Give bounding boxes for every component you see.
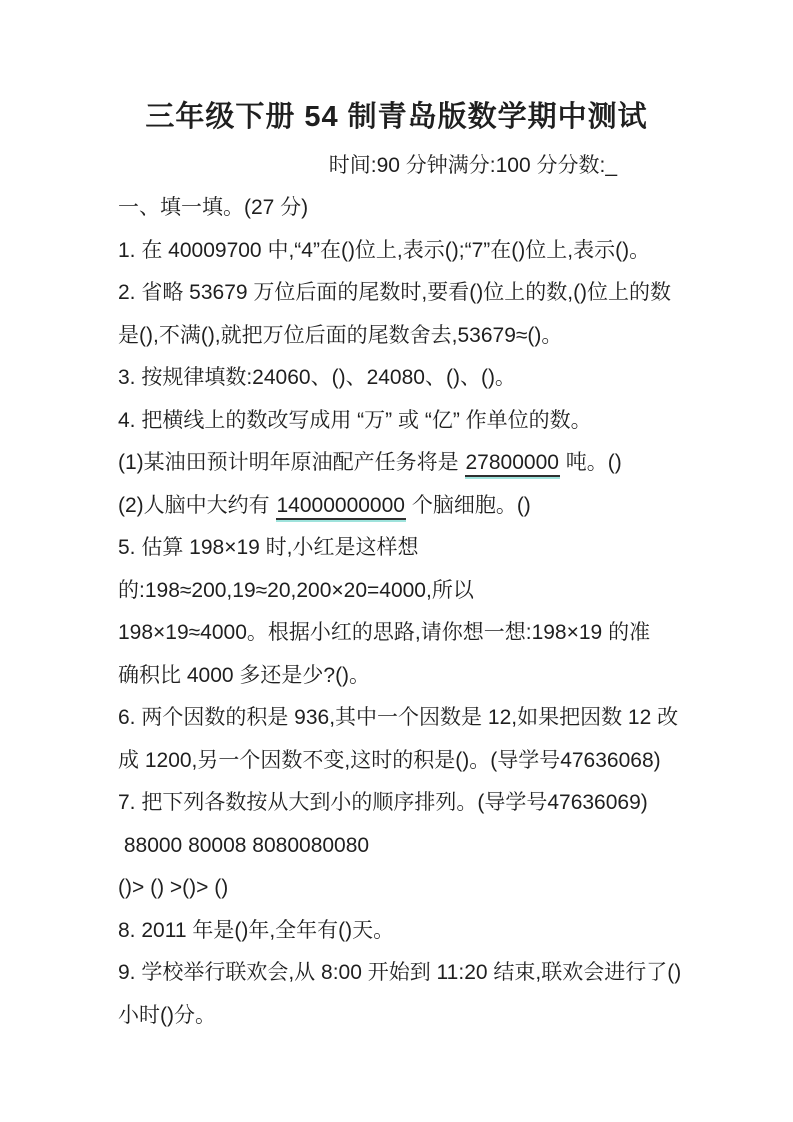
text-segment: 198×19≈4000。根据小红的思路,请你想一想:198×19 的准: [118, 621, 650, 644]
text-segment: 6. 两个因数的积是 936,其中一个因数是 12,如果把因数 12 改: [118, 706, 678, 729]
page-title: 三年级下册 54 制青岛版数学期中测试: [0, 0, 793, 139]
text-segment: 确积比 4000 多还是少?()。: [118, 664, 370, 687]
question-9-line-2: 小时()分。: [118, 995, 693, 1038]
text-segment: 1. 在 40009700 中,“4”在()位上,表示();“7”在()位上,表…: [118, 239, 650, 262]
text-segment: 2. 省略 53679 万位后面的尾数时,要看()位上的数,()位上的数: [118, 281, 671, 304]
text-segment: 7. 把下列各数按从大到小的顺序排列。(导学号47636069): [118, 791, 648, 814]
text-segment: (1)某油田预计明年原油配产任务将是: [118, 451, 465, 474]
question-5-line-2: 的:198≈200,19≈20,200×20=4000,所以: [118, 570, 693, 613]
question-3: 3. 按规律填数:24060、()、24080、()、()。: [118, 357, 693, 400]
question-5-line-4: 确积比 4000 多还是少?()。: [118, 655, 693, 698]
question-8: 8. 2011 年是()年,全年有()天。: [118, 910, 693, 953]
text-segment: ()> () >()> (): [118, 876, 228, 899]
text-segment: 8. 2011 年是()年,全年有()天。: [118, 919, 394, 942]
text-segment: 的:198≈200,19≈20,200×20=4000,所以: [118, 579, 474, 602]
question-9-line-1: 9. 学校举行联欢会,从 8:00 开始到 11:20 结束,联欢会进行了(): [118, 952, 693, 995]
text-segment: 88000 80008 8080080080: [118, 834, 369, 857]
text-segment: 成 1200,另一个因数不变,这时的积是()。(导学号47636068): [118, 749, 661, 772]
question-1: 1. 在 40009700 中,“4”在()位上,表示();“7”在()位上,表…: [118, 230, 693, 273]
exam-meta: 时间:90 分钟满分:100 分分数:_: [0, 145, 617, 187]
question-2-line-2: 是(),不满(),就把万位后面的尾数舍去,53679≈()。: [118, 315, 693, 358]
underlined-number: 14000000000: [276, 494, 406, 520]
document-body: 一、填一填。(27 分)1. 在 40009700 中,“4”在()位上,表示(…: [0, 187, 793, 1037]
text-segment: 3. 按规律填数:24060、()、24080、()、()。: [118, 366, 516, 389]
text-segment: 4. 把横线上的数改写成用 “万” 或 “亿” 作单位的数。: [118, 409, 592, 432]
question-5-line-1: 5. 估算 198×19 时,小红是这样想: [118, 527, 693, 570]
question-6-line-2: 成 1200,另一个因数不变,这时的积是()。(导学号47636068): [118, 740, 693, 783]
text-segment: 是(),不满(),就把万位后面的尾数舍去,53679≈()。: [118, 324, 562, 347]
question-4: 4. 把横线上的数改写成用 “万” 或 “亿” 作单位的数。: [118, 400, 693, 443]
text-segment: 5. 估算 198×19 时,小红是这样想: [118, 536, 419, 559]
document-page: 三年级下册 54 制青岛版数学期中测试 时间:90 分钟满分:100 分分数:_…: [0, 0, 793, 1122]
text-segment: 小时()分。: [118, 1004, 216, 1027]
text-segment: 9. 学校举行联欢会,从 8:00 开始到 11:20 结束,联欢会进行了(): [118, 961, 681, 984]
question-2-line-1: 2. 省略 53679 万位后面的尾数时,要看()位上的数,()位上的数: [118, 272, 693, 315]
question-7: 7. 把下列各数按从大到小的顺序排列。(导学号47636069): [118, 782, 693, 825]
question-5-line-3: 198×19≈4000。根据小红的思路,请你想一想:198×19 的准: [118, 612, 693, 655]
question-4-sub-2: (2)人脑中大约有 14000000000 个脑细胞。(): [118, 485, 693, 528]
question-7-ordering: ()> () >()> (): [118, 867, 693, 910]
question-4-sub-1: (1)某油田预计明年原油配产任务将是 27800000 吨。(): [118, 442, 693, 485]
text-segment: 个脑细胞。(): [406, 494, 531, 517]
text-segment: (2)人脑中大约有: [118, 494, 276, 517]
underlined-number: 27800000: [465, 451, 560, 477]
question-7-numbers: 88000 80008 8080080080: [118, 825, 693, 868]
text-segment: 一、填一填。(27 分): [118, 196, 308, 219]
question-6-line-1: 6. 两个因数的积是 936,其中一个因数是 12,如果把因数 12 改: [118, 697, 693, 740]
section-heading: 一、填一填。(27 分): [118, 187, 693, 230]
text-segment: 吨。(): [560, 451, 622, 474]
